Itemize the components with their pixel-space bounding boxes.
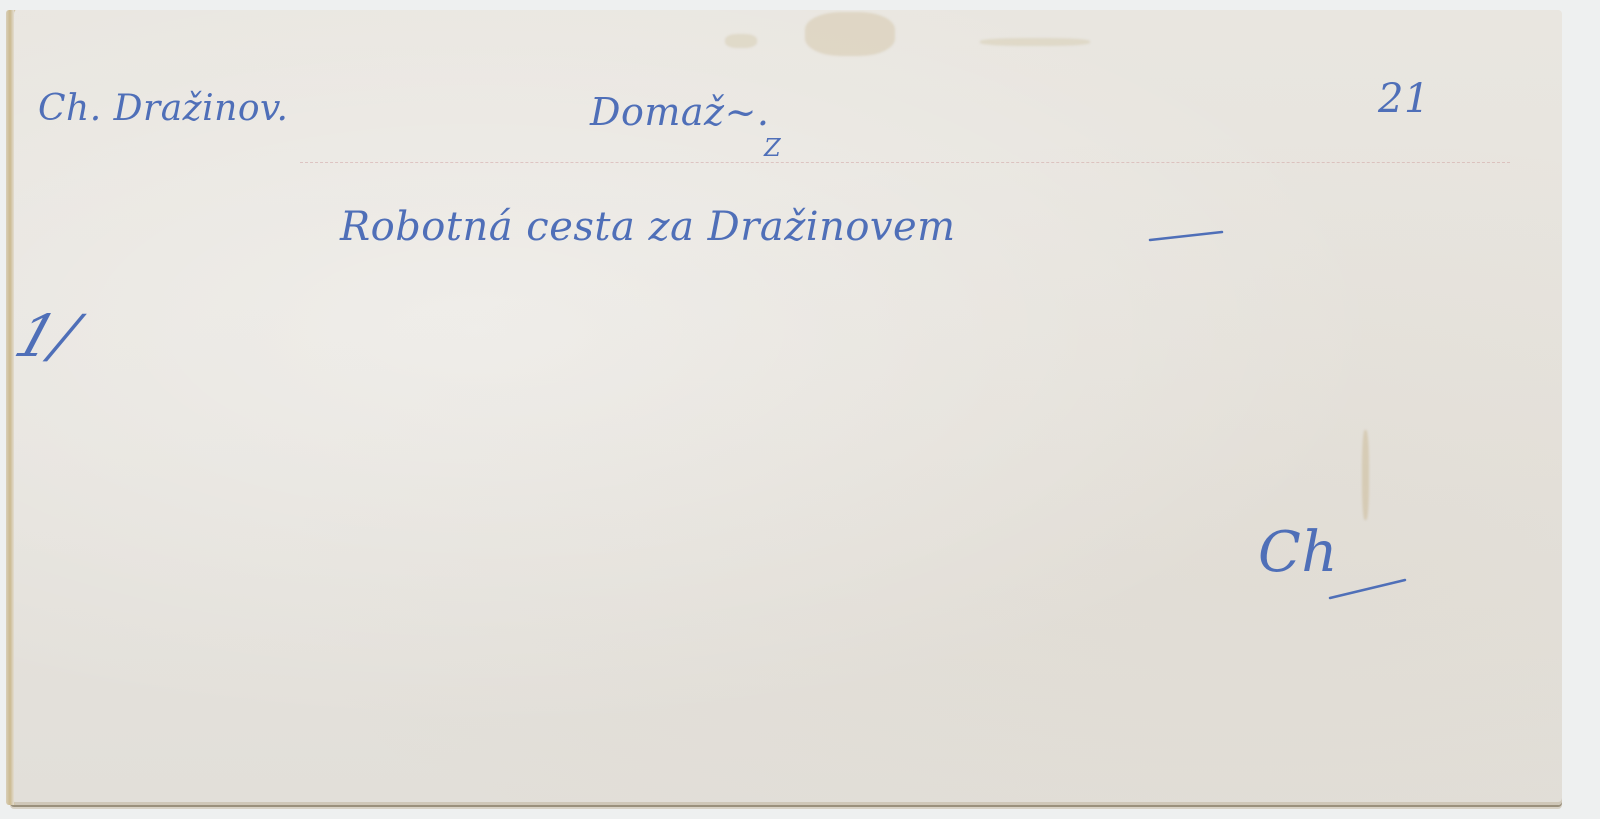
handwritten-place-name: Ch. Dražinov. (38, 88, 289, 129)
handwritten-number: 21 (1378, 76, 1430, 122)
scan-background: Ch. Dražinov. Domaž~. Z 21 Robotná cesta… (0, 0, 1600, 819)
handwritten-caption: Robotná cesta za Dražinovem (340, 204, 956, 250)
faint-pink-rule (300, 162, 1510, 163)
struck-word-suffix: ~. (725, 90, 770, 134)
struck-word-text: Domaž (590, 90, 725, 134)
paper-tear-stain (805, 12, 895, 56)
handwritten-correction-letter: Z (764, 134, 781, 162)
paper-stain (725, 34, 757, 48)
paper-stain (980, 38, 1090, 46)
photo-card-back (10, 10, 1562, 805)
handwritten-struck-word: Domaž~. (590, 90, 769, 134)
paper-streak-stain (1362, 430, 1369, 520)
handwritten-initials: Ch (1258, 520, 1338, 585)
